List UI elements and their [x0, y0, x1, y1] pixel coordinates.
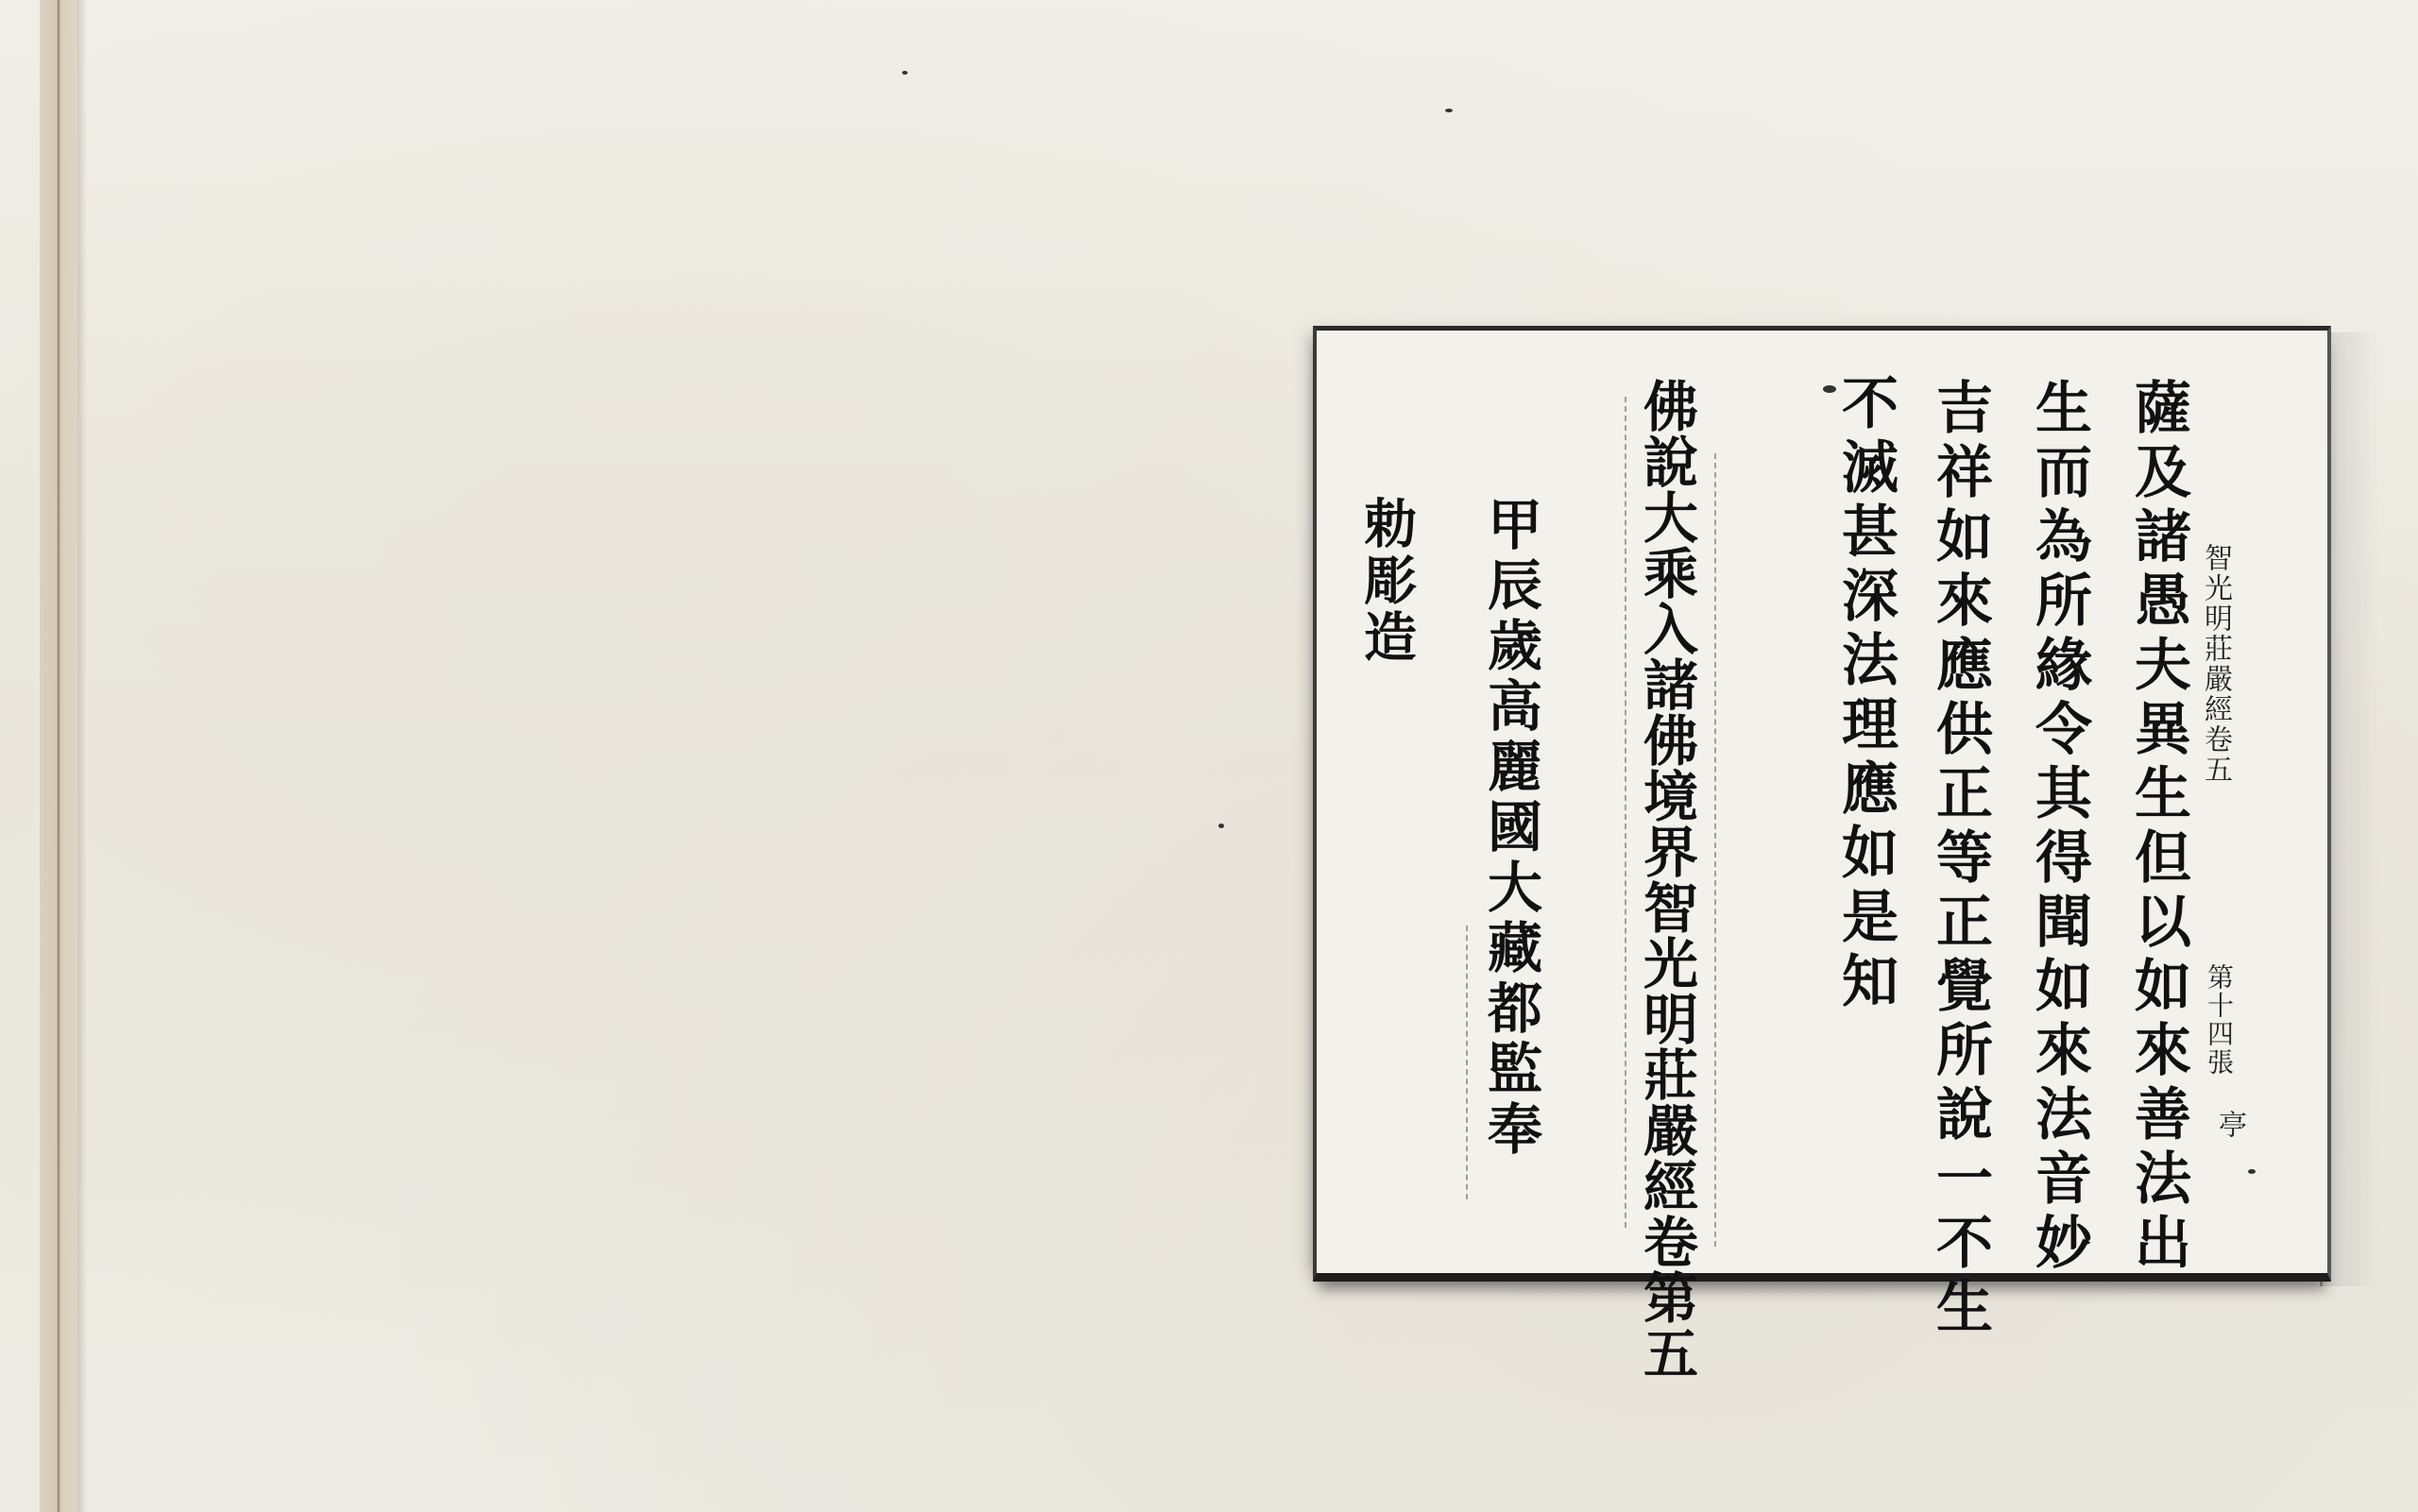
- text-column-4: 不滅甚深法理應如是知: [1837, 373, 1894, 1015]
- ink-speck: [1445, 109, 1453, 112]
- ink-speck: [902, 71, 908, 75]
- ink-speck: [2248, 1169, 2256, 1174]
- column-ruling-right: [1714, 453, 1716, 1247]
- binding-shadow: [77, 0, 87, 1512]
- margin-note-sheet: 第十四張: [2205, 963, 2232, 1077]
- text-column-3: 吉祥如來應供正等正覺所說一不生: [1932, 378, 1988, 1341]
- colophon-line-1: 甲辰歲高麗國大藏都監奉: [1483, 496, 1538, 1161]
- ink-speck: [1823, 385, 1836, 393]
- text-column-2: 生而為所緣令其得聞如來法音妙: [2031, 378, 2087, 1277]
- ink-speck: [1218, 824, 1224, 828]
- colophon-ruling: [1466, 926, 1468, 1199]
- margin-note-title: 智光明莊嚴經卷五: [2201, 543, 2229, 785]
- colophon-line-2: 勅彫造: [1360, 496, 1413, 666]
- text-column-1: 薩及諸愚夫異生但以如來善法出: [2130, 378, 2187, 1277]
- binding-strip: [40, 0, 77, 1512]
- sutra-title-column: 佛說大乘入諸佛境界智光明莊嚴經卷第五: [1639, 378, 1694, 1381]
- column-ruling-left: [1625, 397, 1626, 1228]
- margin-note-carver: 亭: [2215, 1110, 2243, 1140]
